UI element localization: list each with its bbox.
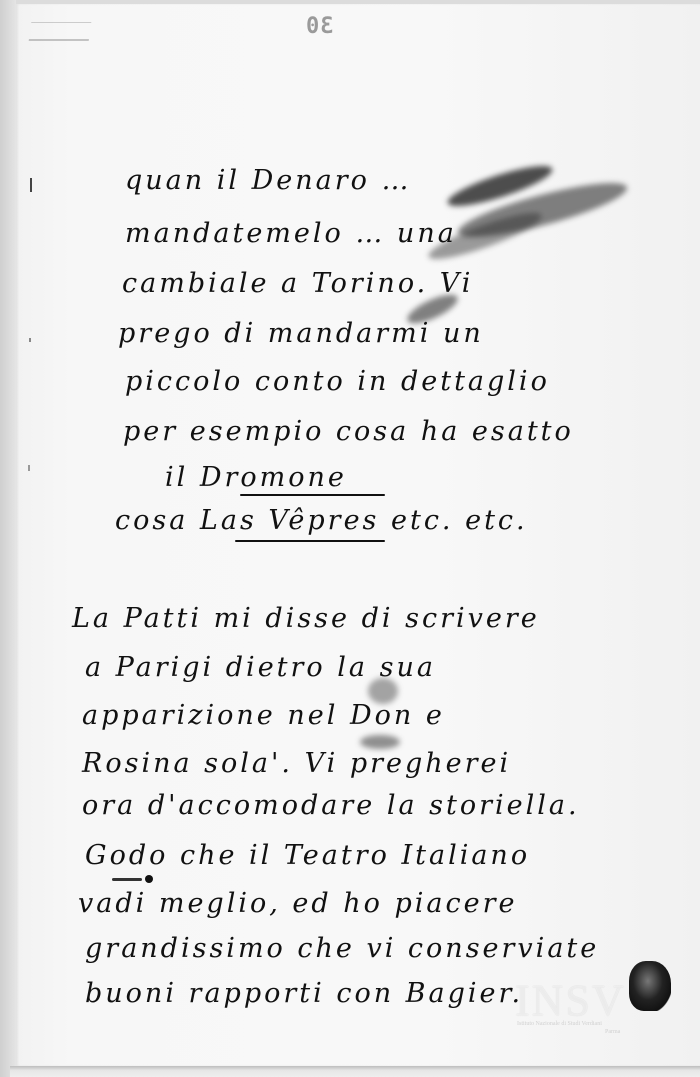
letter-line: piccolo conto in dettaglio (125, 366, 550, 397)
text-underline (240, 494, 385, 496)
watermark-caption-city: Parma (605, 1029, 620, 1035)
ink-speck (145, 875, 153, 883)
letter-line: prego di mandarmi un (118, 318, 484, 349)
letter-line: ora d'accomodare la storiella. (82, 790, 580, 821)
letter-line: mandatemelo … una (125, 218, 457, 249)
letter-line: buoni rapporti con Bagier. (85, 978, 523, 1009)
margin-mark (29, 338, 31, 342)
letter-line: per esempio cosa ha esatto (123, 416, 574, 447)
letter-line: La Patti mi disse di scrivere (72, 603, 540, 634)
letter-line: apparizione nel Don e (82, 700, 445, 731)
sheet-bottom-edge (10, 1066, 700, 1077)
scanned-page: 30 quan il Denaro … mandatemelo … una ca… (0, 0, 700, 1077)
watermark-letters: INSV (515, 975, 626, 1026)
letter-line: quan il Denaro … (125, 165, 411, 196)
watermark-caption: Istituto Nazionale di Studi Verdiani (517, 1021, 602, 1027)
letter-line: a Parigi dietro la sua (85, 652, 436, 683)
ink-speck (112, 878, 142, 881)
corner-fold-mark (29, 22, 92, 41)
letter-line: cambiale a Torino. Vi (122, 268, 473, 299)
letter-line: cosa Las Vêpres etc. etc. (115, 505, 528, 536)
institution-watermark: INSV Istituto Nazionale di Studi Verdian… (515, 975, 665, 1035)
letter-line: Rosina sola'. Vi pregherei (82, 748, 511, 779)
letter-line: il Dromone (165, 462, 347, 493)
text-underline (235, 540, 385, 542)
margin-mark (30, 178, 32, 192)
margin-mark (28, 465, 30, 471)
verdi-portrait-icon (629, 961, 671, 1011)
scanner-left-edge (0, 0, 16, 1077)
ink-smudge (360, 735, 400, 749)
letter-line: Godo che il Teatro Italiano (85, 840, 530, 871)
letter-line: vadi meglio, ed ho piacere (78, 888, 517, 919)
letter-line: grandissimo che vi conserviate (85, 933, 599, 964)
page-number: 30 (305, 14, 334, 39)
